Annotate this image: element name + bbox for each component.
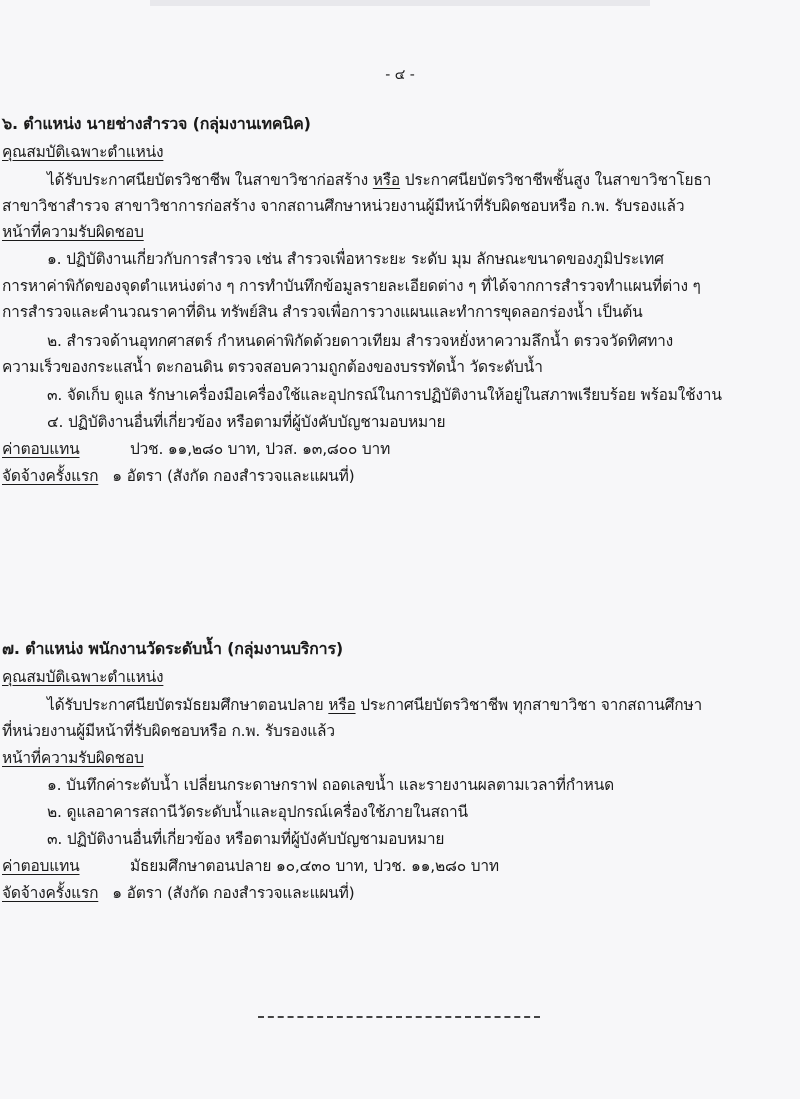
qualification-text: ได้รับประกาศนียบัตรมัธยมศึกษาตอนปลาย [47,696,328,714]
pay-value: ปวช. ๑๑,๒๘๐ บาท, ปวส. ๑๓,๘๐๐ บาท [130,440,390,458]
section-7-qualification-line-2: ที่หน่วยงานผู้มีหน้าที่รับผิดชอบหรือ ก.พ… [2,719,335,743]
section-6-qualification-heading: คุณสมบัติเฉพาะตำแหน่ง [2,140,163,164]
section-7-qualification-heading: คุณสมบัติเฉพาะตำแหน่ง [2,665,163,689]
section-7-pay: ค่าตอบแทนมัธยมศึกษาตอนปลาย ๑๐,๔๓๐ บาท, ป… [2,854,499,878]
section-6-qualification-line-2: สาขาวิชาสำรวจ สาขาวิชาการก่อสร้าง จากสถา… [2,194,684,218]
document-page: - ๔ - ๖. ตำแหน่ง นายช่างสำรวจ (กลุ่มงานเ… [0,0,800,1099]
section-6-duty-line: ๔. ปฏิบัติงานอื่นที่เกี่ยวข้อง หรือตามที… [47,410,445,434]
section-6-pay: ค่าตอบแทนปวช. ๑๑,๒๘๐ บาท, ปวส. ๑๓,๘๐๐ บา… [2,437,390,461]
hire-label: จัดจ้างครั้งแรก [2,464,98,488]
or-keyword: หรือ [373,171,400,189]
section-7-qualification-line-1: ได้รับประกาศนียบัตรมัธยมศึกษาตอนปลาย หรื… [47,693,702,717]
section-7-title: ๗. ตำแหน่ง พนักงานวัดระดับน้ำ (กลุ่มงานบ… [2,637,343,661]
scan-artifact [150,0,650,6]
qualification-text: ประกาศนียบัตรวิชาชีพชั้นสูง ในสาขาวิชาโย… [400,171,711,189]
or-keyword: หรือ [328,696,355,714]
section-6-duty-line: ความเร็วของกระแสน้ำ ตะกอนดิน ตรวจสอบความ… [2,355,543,379]
section-6-duty-line: การหาค่าพิกัดของจุดตำแหน่งต่าง ๆ การทำบั… [2,274,701,298]
section-6-duty-line: ๒. สำรวจด้านอุทกศาสตร์ กำหนดค่าพิกัดด้วย… [47,329,673,353]
pay-label: ค่าตอบแทน [2,854,130,878]
section-6-qualification-line-1: ได้รับประกาศนียบัตรวิชาชีพ ในสาขาวิชาก่อ… [47,168,711,192]
page-number: - ๔ - [0,64,800,86]
hire-value: ๑ อัตรา (สังกัด กองสำรวจและแผนที่) [112,467,354,485]
qualification-text: ประกาศนียบัตรวิชาชีพ ทุกสาขาวิชา จากสถาน… [356,696,702,714]
hire-value: ๑ อัตรา (สังกัด กองสำรวจและแผนที่) [112,884,354,902]
end-divider [258,1016,540,1018]
section-6-hire: จัดจ้างครั้งแรก๑ อัตรา (สังกัด กองสำรวจแ… [2,464,355,488]
hire-label: จัดจ้างครั้งแรก [2,881,98,905]
section-7-duties-heading: หน้าที่ความรับผิดชอบ [2,746,144,770]
section-6-title: ๖. ตำแหน่ง นายช่างสำรวจ (กลุ่มงานเทคนิค) [2,112,311,136]
section-7-duty-line: ๓. ปฏิบัติงานอื่นที่เกี่ยวข้อง หรือตามที… [47,827,444,851]
section-6-duty-line: การสำรวจและคำนวณราคาที่ดิน ทรัพย์สิน สำร… [2,300,643,324]
section-7-duty-line: ๑. บันทึกค่าระดับน้ำ เปลี่ยนกระดาษกราฟ ถ… [47,773,614,797]
section-6-duties-heading: หน้าที่ความรับผิดชอบ [2,220,144,244]
qualification-text: ได้รับประกาศนียบัตรวิชาชีพ ในสาขาวิชาก่อ… [47,171,373,189]
section-6-duty-line: ๑. ปฏิบัติงานเกี่ยวกับการสำรวจ เช่น สำรว… [47,247,664,271]
pay-value: มัธยมศึกษาตอนปลาย ๑๐,๔๓๐ บาท, ปวช. ๑๑,๒๘… [130,857,499,875]
pay-label: ค่าตอบแทน [2,437,130,461]
section-7-hire: จัดจ้างครั้งแรก๑ อัตรา (สังกัด กองสำรวจแ… [2,881,355,905]
section-7-duty-line: ๒. ดูแลอาคารสถานีวัดระดับน้ำและอุปกรณ์เค… [47,800,468,824]
section-6-duty-line: ๓. จัดเก็บ ดูแล รักษาเครื่องมือเครื่องใช… [47,383,722,407]
